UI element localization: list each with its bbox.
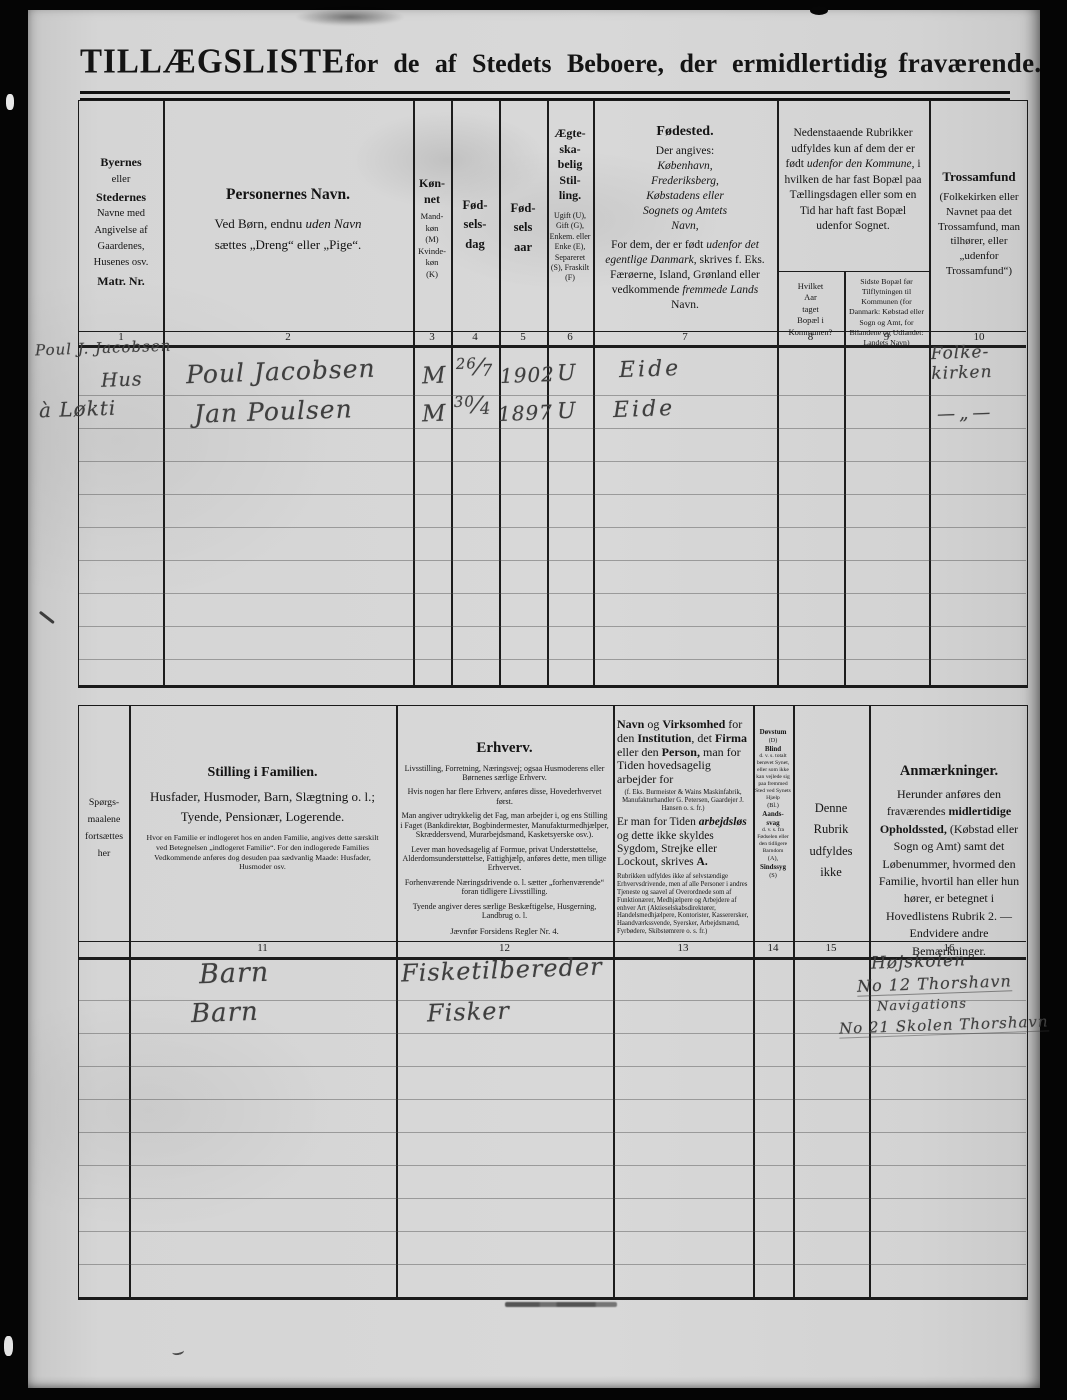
col16-seg: (Købstad eller Sogn og Amt) samt det Løb… xyxy=(879,822,1019,958)
person-name-entry: Jan Poulsen xyxy=(194,394,354,429)
col2-header-title: Personernes Navn. xyxy=(169,183,407,208)
col3-header: Køn- net Mand- køn (M) Kvinde- køn (K) xyxy=(413,176,451,280)
title-double-rule xyxy=(80,91,1010,100)
title-word-tillaegsliste: TILLÆGSLISTE xyxy=(80,43,345,82)
col13-seg-bold: Person, xyxy=(662,745,700,759)
scan-smudge xyxy=(295,8,405,26)
family-position-entry: Barn xyxy=(190,997,259,1029)
col15-text: Denne Rubrik udfyldes ikke xyxy=(793,798,869,883)
col12-paragraph: Lever man hovedsagelig af Formue, privat… xyxy=(400,845,609,873)
col7-p3-seg: Navn. xyxy=(671,299,699,311)
col1-header-line: Stedernes xyxy=(79,188,163,207)
col14-seg-tiny: d. v. s. fra Fødselen eller den tidliger… xyxy=(754,827,792,855)
col11-header-note: Hvor en Familie er indlogeret hos en and… xyxy=(135,833,390,872)
remark-entry: Navigations xyxy=(877,996,967,1014)
column-number: 4 xyxy=(451,331,499,343)
col12-header: Erhverv. Livsstilling, Forretning, Nærin… xyxy=(400,739,609,936)
column-number: 2 xyxy=(163,331,413,343)
group-header-seg-italic: udenfor den Kommune xyxy=(807,158,912,170)
birth-day: 26 xyxy=(456,354,478,373)
col12-paragraph: Forhenværende Næringsdrivende o. l. sætt… xyxy=(400,878,609,897)
col6-header: Ægte- ska- belig Stil- ling. Ugift (U), … xyxy=(547,126,593,284)
col14-seg-bold: Aands- svag xyxy=(754,810,792,828)
col13-paragraph2: Er man for Tiden arbejdsløs og dette ikk… xyxy=(617,816,749,869)
col8-header: Hvilket Aar taget Bopæl i Kommunen? xyxy=(777,281,844,338)
religion-entry-ditto: —„— xyxy=(937,402,995,425)
family-position-entry: Barn xyxy=(198,957,269,990)
col13-seg: Er man for Tiden xyxy=(617,816,699,828)
col14-seg: (S) xyxy=(754,872,792,880)
col13-seg-bold-italic: arbejdsløs xyxy=(699,816,747,828)
col14-seg: (A), xyxy=(754,855,792,863)
col7-p3-seg-italic: fremmede Lands xyxy=(682,284,758,296)
col7-header: Fødested. Der angives: København, Freder… xyxy=(597,123,773,313)
occupation-entry: Fisker xyxy=(427,997,511,1028)
col12-paragraph: Tyende angiver deres særlige Beskæftigel… xyxy=(400,902,609,921)
sex-entry: M xyxy=(422,363,447,390)
col14-header: Døvstum (D) Blind d. v. s. totalt berøve… xyxy=(754,728,792,880)
place-owner-entry: Poul J. Jacobsen xyxy=(35,337,172,360)
column-number: 8 xyxy=(777,331,844,343)
religion-line: kirken xyxy=(931,362,993,384)
col4-header: Fød- sels- dag xyxy=(451,196,499,254)
birth-month: 7 xyxy=(482,361,494,380)
birth-day: 30 xyxy=(454,392,476,411)
col2-header: Personernes Navn. Ved Børn, endnu uden N… xyxy=(169,183,407,255)
col1-header-line: Byernes xyxy=(79,153,163,172)
col4-header-title: Fød- sels- dag xyxy=(451,196,499,254)
col1-header-line: Matr. Nr. xyxy=(79,272,163,291)
col13-seg: , det xyxy=(691,731,715,745)
birth-year-entry: 1902 xyxy=(500,362,556,388)
col13-seg-bold: A. xyxy=(697,856,708,868)
place-entry: Hus xyxy=(101,368,143,391)
column-number: 15 xyxy=(793,942,869,954)
col14-seg-bold: Døvstum xyxy=(754,728,792,737)
column-number: 12 xyxy=(396,942,613,954)
col1-header: Byernes eller Stedernes Navne med Angive… xyxy=(79,153,163,290)
column-number: 6 xyxy=(547,331,593,343)
scanned-census-page: TILLÆGSLISTE for de af Stedets Beboere, … xyxy=(0,0,1067,1400)
col11-header-sub: Husfader, Husmoder, Barn, Slægtning o. l… xyxy=(135,787,390,826)
col10-header-sub: (Folkekirken eller Navnet paa det Trossa… xyxy=(931,190,1027,279)
col2-header-sub2: sættes „Dreng“ eller „Pige“. xyxy=(169,235,407,256)
col7-header-p2: København, Frederiksberg, Købstadens ell… xyxy=(597,159,773,234)
birthplace-entry: Eide xyxy=(613,396,676,423)
col14-seg: (Bl.) xyxy=(754,802,792,810)
lower-table: Spørgs- maalene fortsættes her Stilling … xyxy=(78,705,1028,1300)
col14-seg: (D) xyxy=(754,737,792,745)
col13-seg-bold: Virksomhed xyxy=(662,717,725,731)
col12-paragraph: Hvis nogen har flere Erhverv, anføres di… xyxy=(400,787,609,806)
side-label-text: Spørgs- maalene fortsættes her xyxy=(79,794,129,863)
col12-paragraph: Jævnfør Forsidens Regler Nr. 4. xyxy=(400,926,609,936)
col2-header-sub-italic: uden Navn xyxy=(306,216,362,231)
upper-table: Byernes eller Stedernes Navne med Angive… xyxy=(78,100,1028,688)
col10-header-title: Trossamfund xyxy=(931,169,1027,186)
col13-seg-bold: Navn xyxy=(617,717,644,731)
col14-seg-bold: Sindssyg xyxy=(754,863,792,872)
scan-blob xyxy=(810,6,828,15)
column-number: 13 xyxy=(613,942,753,954)
col12-paragraph: Livsstilling, Forretning, Næringsvej; og… xyxy=(400,764,609,783)
col7-header-title: Fødested. xyxy=(597,123,773,141)
white-fleck xyxy=(6,94,14,110)
col16-header-title: Anmærkninger. xyxy=(875,761,1023,782)
group-header-divider xyxy=(777,271,929,272)
col12-header-title: Erhverv. xyxy=(400,739,609,759)
marital-status-entry: U xyxy=(557,399,577,425)
col13-seg: og xyxy=(644,717,662,731)
birth-date-entry: 30⁄4 xyxy=(454,390,492,419)
col8-header-sub: Hvilket Aar taget Bopæl i Kommunen? xyxy=(777,281,844,338)
birthplace-entry: Eide xyxy=(619,356,682,383)
col8-9-group-header: Nedenstaaende Rubrikker udfyldes kun af … xyxy=(781,126,925,235)
col11-header-title: Stilling i Familien. xyxy=(135,764,390,782)
col3-header-title: Køn- net xyxy=(413,176,451,207)
col6-header-sub: Ugift (U), Gift (G), Enkem. eller Enke (… xyxy=(547,211,593,284)
white-fleck xyxy=(4,1336,13,1356)
column-number: 7 xyxy=(593,331,777,343)
title-emphasis-text: midlertidig fraværende. xyxy=(755,48,1041,79)
col14-seg-bold: Blind xyxy=(754,745,792,754)
place-entry: à Løkti xyxy=(39,396,117,423)
col13-note1: (f. Eks. Burmeister & Wains Maskinfabrik… xyxy=(617,789,749,812)
col7-header-p3: For dem, der er født udenfor det egentli… xyxy=(597,238,773,313)
col14-seg-tiny: d. v. s. totalt berøvet Synet, eller som… xyxy=(754,753,792,802)
side-label: Spørgs- maalene fortsættes her xyxy=(79,794,129,863)
col7-p3-seg: For dem, der er født xyxy=(611,239,706,251)
col6-header-title: Ægte- ska- belig Stil- ling. xyxy=(547,126,593,204)
col2-header-sub: Ved Børn, endnu xyxy=(215,216,306,231)
col5-header: Fød- sels aar xyxy=(499,199,547,257)
column-number: 5 xyxy=(499,331,547,343)
col5-header-title: Fød- sels aar xyxy=(499,199,547,257)
column-number: 11 xyxy=(129,942,396,954)
col13-note2: Rubrikken udfyldes ikke af selvstændige … xyxy=(617,873,749,936)
col1-header-line: eller xyxy=(79,172,163,188)
page-title: TILLÆGSLISTE for de af Stedets Beboere, … xyxy=(80,44,1010,81)
column-number: 3 xyxy=(413,331,451,343)
title-middle-text: for de af Stedets Beboere, der er xyxy=(345,49,755,79)
religion-line: Folke- xyxy=(930,342,992,364)
col7-header-p1: Der angives: xyxy=(597,144,773,159)
col13-seg-bold: Firma xyxy=(715,731,747,745)
sex-entry: M xyxy=(422,401,447,428)
col12-paragraph: Man angiver udtrykkelig det Fag, man arb… xyxy=(400,811,609,839)
column-number: 10 xyxy=(929,331,1029,343)
marital-status-entry: U xyxy=(557,361,577,387)
birth-date-entry: 26⁄7 xyxy=(456,352,494,381)
remark-entry: Højskolen xyxy=(871,950,967,973)
col13-seg: eller den xyxy=(617,745,662,759)
col13-head-paragraph: Navn og Virksomhed for den Institution, … xyxy=(617,718,749,787)
birth-year-entry: 1897 xyxy=(498,400,554,426)
col1-header-line: Navne med Angivelse af Gaardenes, Husene… xyxy=(79,206,163,271)
col10-header: Trossamfund (Folkekirken eller Navnet pa… xyxy=(931,169,1027,279)
col13-seg-bold: Institution xyxy=(637,731,691,745)
col11-header: Stilling i Familien. Husfader, Husmoder,… xyxy=(135,764,390,872)
birth-month: 4 xyxy=(480,399,492,418)
printer-imprint xyxy=(505,1302,617,1307)
column-number: 9 xyxy=(844,331,929,343)
religion-entry: Folke-kirken xyxy=(930,342,993,384)
col3-header-sub: Mand- køn (M) Kvinde- køn (K) xyxy=(413,211,451,280)
col16-header: Anmærkninger. Herunder anføres den fravæ… xyxy=(875,761,1023,960)
col15-header: Denne Rubrik udfyldes ikke xyxy=(793,798,869,883)
column-number: 14 xyxy=(753,942,793,954)
col13-header: Navn og Virksomhed for den Institution, … xyxy=(617,718,749,936)
